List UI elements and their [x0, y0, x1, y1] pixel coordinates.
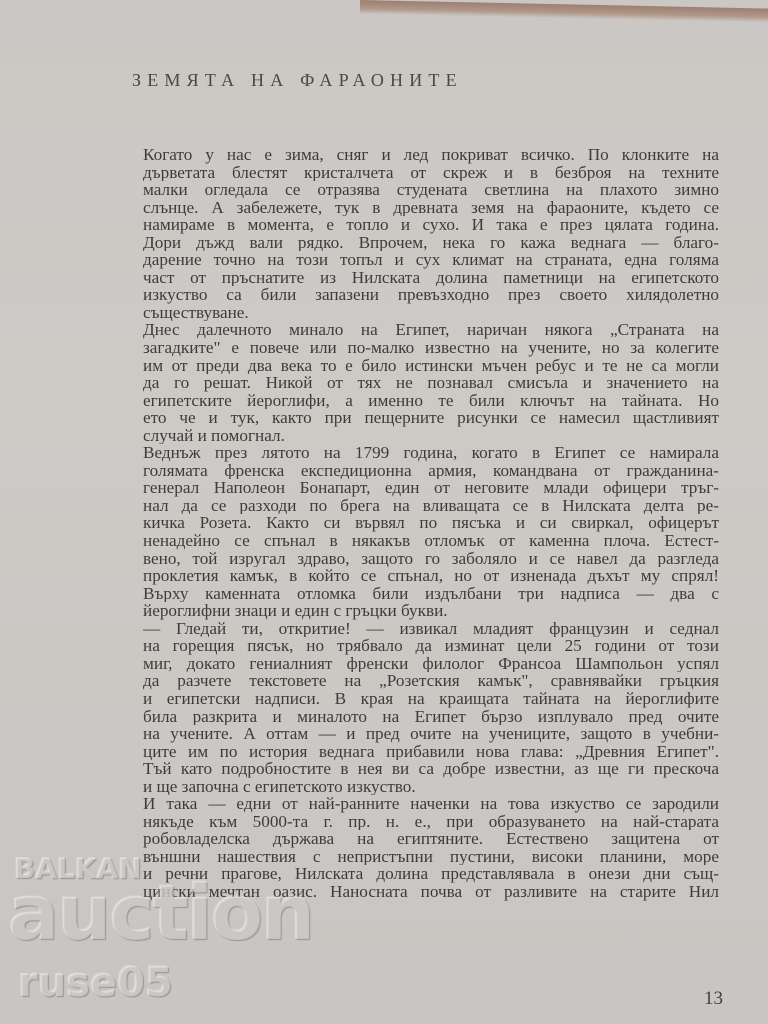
text-line: египетските йероглифи, а именно те били … — [143, 392, 719, 410]
text-line: нал да се разходи по брега на вливащата … — [143, 497, 719, 515]
text-line: ненадейно се спънал в някакъв отломък от… — [143, 532, 719, 550]
text-line: ето че и тук, както при пещерните рисунк… — [143, 409, 719, 427]
text-line: част от пръснатите из Нилската долина па… — [143, 269, 719, 287]
text-line: да го решат. Никой от тях не познавал см… — [143, 374, 719, 392]
text-line: робовладелска държава на египтяните. Ест… — [143, 830, 719, 848]
table-edge-background — [360, 0, 768, 23]
text-line: ците им по история веднага прибавили нов… — [143, 743, 719, 761]
text-line: цински мечтан оазис. Наносната почва от … — [143, 883, 719, 901]
text-line: малки огледала се отразява студената све… — [143, 181, 719, 199]
text-line: вено, той изругал здраво, защото го забо… — [143, 550, 719, 568]
text-line: и речни прагове, Нилската долина предста… — [143, 865, 719, 883]
text-line: изкуство са били запазени превъзходно пр… — [143, 286, 719, 304]
text-line: съществуване. — [143, 304, 719, 322]
text-line: външни нашествия с непристъпни пустини, … — [143, 848, 719, 866]
text-line: йероглифни знаци и един с гръцки букви. — [143, 602, 719, 620]
text-line: — Гледай ти, откритие! — извикал младият… — [143, 620, 719, 638]
text-line: И така — едни от най-ранните наченки на … — [143, 795, 719, 813]
text-line: голямата френска експедиционна армия, ко… — [143, 462, 719, 480]
text-line: Дори дъжд вали рядко. Впрочем, нека го к… — [143, 234, 719, 252]
text-line: дарение точно на този топъл и сух климат… — [143, 251, 719, 269]
text-line: и ще започна с египетското изкуство. — [143, 778, 719, 796]
text-line: загадките" е повече или по-малко известн… — [143, 339, 719, 357]
text-line: да разчете текстовете на „Розетския камъ… — [143, 672, 719, 690]
text-line: Днес далечното минало на Египет, наричан… — [143, 321, 719, 339]
text-line: проклетия камък, в който се спънал, но о… — [143, 567, 719, 585]
text-line: дърветата блестят кристалчета от скреж и… — [143, 164, 719, 182]
body-text: Когато у нас е зима, сняг и лед покриват… — [143, 146, 719, 901]
text-line: и египетски надписи. В края на краищата … — [143, 690, 719, 708]
text-line: на горещия пясък, но трябвало да изминат… — [143, 637, 719, 655]
text-line: била разкрита и миналото на Египет бързо… — [143, 708, 719, 726]
text-line: Тъй като подробностите в нея ви са добре… — [143, 760, 719, 778]
text-line: генерал Наполеон Бонапарт, един от негов… — [143, 479, 719, 497]
watermark-brand: BALKAN — [14, 852, 142, 885]
book-page: ЗЕМЯТА НА ФАРАОНИТЕ Когато у нас е зима,… — [0, 0, 768, 1024]
text-line: кичка Розета. Както си вървял по пясъка … — [143, 514, 719, 532]
text-line: намираме в момента, е топло и сухо. И та… — [143, 216, 719, 234]
text-line: Върху каменната отломка били издълбани т… — [143, 585, 719, 603]
text-line: слънце. А забележете, тук в древната зем… — [143, 199, 719, 217]
text-line: им от преди два века то е било истински … — [143, 357, 719, 375]
text-line: случай и помогнал. — [143, 427, 719, 445]
text-line: Веднъж през лятото на 1799 година, когат… — [143, 444, 719, 462]
text-line: миг, докато гениалният френски филолог Ф… — [143, 655, 719, 673]
text-line: на учените. А оттам — и пред очите на уч… — [143, 725, 719, 743]
text-line: някъде към 5000-та г. пр. н. е., при обр… — [143, 813, 719, 831]
page-number: 13 — [704, 988, 723, 1010]
text-line: Когато у нас е зима, сняг и лед покриват… — [143, 146, 719, 164]
watermark-seller: ruse05 — [18, 960, 173, 1006]
chapter-title: ЗЕМЯТА НА ФАРАОНИТЕ — [132, 70, 463, 91]
